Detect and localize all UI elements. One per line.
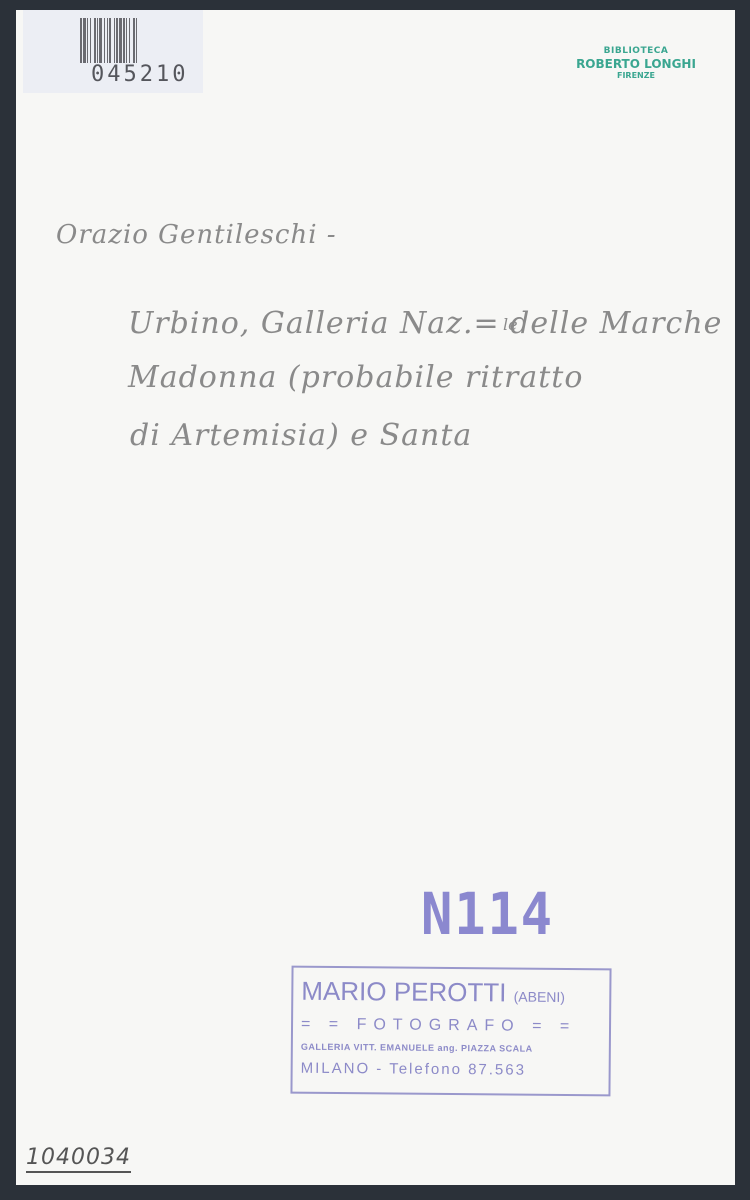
- photographer-stamp: MARIO PEROTTI (ABENI) = = FOTOGRAFO = = …: [290, 966, 611, 1097]
- handwritten-title-line1: Madonna (probabile ritratto: [128, 360, 583, 395]
- handwritten-title-line2: di Artemisia) e Santa: [130, 418, 472, 453]
- barcode-number: 045210: [91, 62, 188, 87]
- photographer-address: GALLERIA VITT. EMANUELE ang. PIAZZA SCAL…: [301, 1042, 533, 1054]
- barcode-label: 045210: [23, 10, 203, 93]
- photographer-name-suffix: (ABENI): [514, 989, 565, 1005]
- photo-back-card: 045210 BIBLIOTECA ROBERTO LONGHI FIRENZE…: [16, 10, 735, 1185]
- barcode-icon: [80, 18, 188, 63]
- library-stamp-line3: FIRENZE: [556, 71, 716, 81]
- photographer-name: MARIO PEROTTI: [301, 976, 506, 1008]
- inventory-number: 1040034: [26, 1145, 131, 1173]
- library-stamp-line1: BIBLIOTECA: [556, 46, 716, 57]
- handwritten-location: Urbino, Galleria Naz.= delle Marche: [128, 306, 722, 341]
- library-stamp: BIBLIOTECA ROBERTO LONGHI FIRENZE: [556, 46, 716, 81]
- photographer-name-line: MARIO PEROTTI (ABENI): [301, 976, 565, 1009]
- photographer-city-phone: MILANO - Telefono 87.563: [301, 1060, 526, 1079]
- handwritten-superscript: le: [503, 315, 518, 334]
- library-stamp-line2: ROBERTO LONGHI: [556, 57, 716, 71]
- archive-code-stamp: N114: [421, 880, 554, 948]
- handwritten-author: Orazio Gentileschi -: [56, 220, 337, 250]
- photographer-profession: = = FOTOGRAFO = =: [301, 1016, 576, 1036]
